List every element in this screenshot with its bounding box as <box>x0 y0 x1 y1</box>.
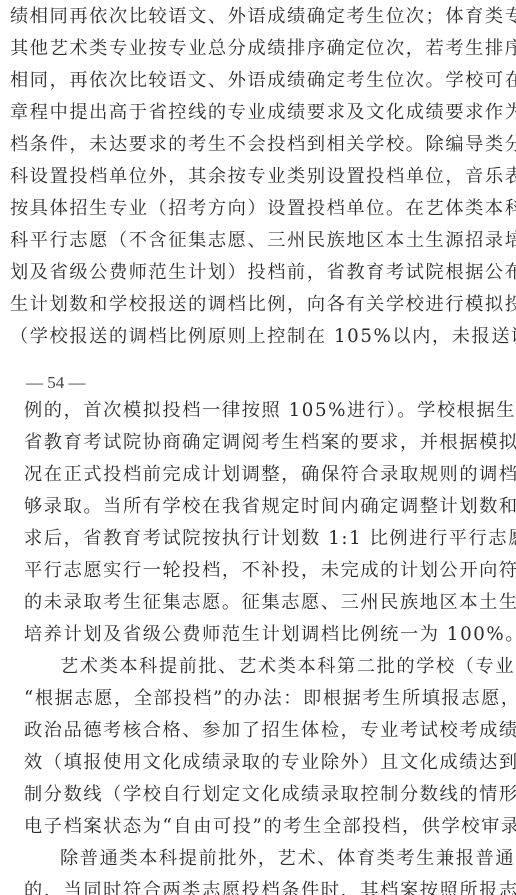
text-line: 的未录取考生征集志愿。征集志愿、三州民族地区本土生源招录 <box>24 592 516 614</box>
page-number: — 54 — <box>26 373 86 393</box>
text-line: 效（填报使用文化成绩录取的专业除外）且文化成绩达到录取控 <box>24 752 516 774</box>
text-line: 绩相同再依次比较语文、外语成绩确定考生位次；体育类专业和 <box>10 6 516 28</box>
text-line: 划及省级公费师范生计划）投档前，省教育考试院根据公布的招 <box>10 262 516 284</box>
text-line: 其他艺术类专业按专业总分成绩排序确定位次，若考生排序成绩 <box>10 38 516 60</box>
text-line: （学校报送的调档比例原则上控制在 105%以内，未报送调档比 <box>10 326 516 348</box>
text-line: 培养计划及省级公费师范生计划调档比例统一为 100%。 <box>24 624 516 646</box>
text-line: 平行志愿实行一轮投档，不补投，未完成的计划公开向符合条件 <box>24 560 516 582</box>
text-line: 省教育考试院协商确定调阅考生档案的要求，并根据模拟投档情 <box>24 432 516 454</box>
text-line: 章程中提出高于省控线的专业成绩要求及文化成绩要求作为投 <box>10 102 516 124</box>
text-line: 相同，再依次比较语文、外语成绩确定考生位次。学校可在招生 <box>10 70 516 92</box>
document-page: 绩相同再依次比较语文、外语成绩确定考生位次；体育类专业和 其他艺术类专业按专业总… <box>0 0 516 895</box>
text-line: 档条件，未达要求的考生不会投档到相关学校。除编导类分文理 <box>10 134 516 156</box>
text-line: 够录取。当所有学校在我省规定时间内确定调整计划数和调档要 <box>24 496 516 518</box>
text-line: “根据志愿，全部投档”的办法：即根据考生所填报志愿，将思想 <box>24 688 516 710</box>
text-line: 生计划数和学校报送的调档比例，向各有关学校进行模拟投档 <box>10 294 516 316</box>
paragraph-start-line: 艺术类本科提前批、艺术类本科第二批的学校（专业）采取 <box>60 656 516 678</box>
text-line: 制分数线（学校自行划定文化成绩录取控制分数线的情形除外）、 <box>24 784 516 806</box>
text-line: 政治品德考核合格、参加了招生体检，专业考试校考成绩合格有 <box>24 720 516 742</box>
paragraph-start-line: 除普通类本科提前批外，艺术、体育类考生兼报普通类专业 <box>60 848 516 870</box>
text-line: 况在正式投档前完成计划调整，确保符合录取规则的调档考生能 <box>24 464 516 486</box>
text-line: 电子档案状态为“自由可投”的考生全部投档，供学校审录。 <box>24 816 516 838</box>
text-line: 科平行志愿（不含征集志愿、三州民族地区本土生源招录培养计 <box>10 230 516 252</box>
text-line: 的，当同时符合两类志愿投档条件时，其档案按照所报志愿投档 <box>24 880 516 895</box>
text-line: 例的，首次模拟投档一律按照 105%进行）。学校根据生源情况与 <box>24 400 516 422</box>
text-line: 按具体招生专业（招考方向）设置投档单位。在艺体类本科、专 <box>10 198 516 220</box>
text-line: 求后，省教育考试院按执行计划数 1:1 比例进行平行志愿投档。 <box>24 528 516 550</box>
text-line: 科设置投档单位外，其余按专业类别设置投档单位，音乐表演类 <box>10 166 516 188</box>
